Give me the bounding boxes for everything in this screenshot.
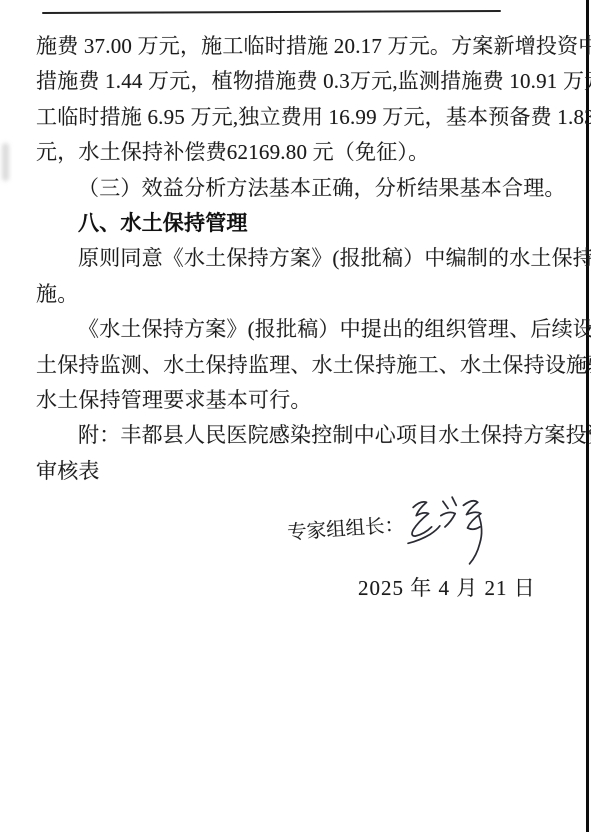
doc-line: （三）效益分析方法基本正确，分析结果基本合理。 [36,171,514,206]
doc-line: 审核表 [36,454,514,489]
doc-line: 元，水土保持补偿费62169.80 元（免征）。 [36,135,514,170]
header-rule [42,10,501,14]
section-heading: 八、水土保持管理 [36,206,514,241]
scan-artifact [2,143,9,181]
doc-line: 土保持监测、水土保持监理、水土保持施工、水土保持设施验收等 [36,348,514,383]
doc-line: 水土保持管理要求基本可行。 [36,383,514,418]
doc-line: 措施费 1.44 万元，植物措施费 0.3万元,监测措施费 10.91 万元，施 [36,64,514,99]
document-body: 施费 37.00 万元，施工临时措施 20.17 万元。方案新增投资中，工程 措… [36,29,514,489]
scanned-document-page: 施费 37.00 万元，施工临时措施 20.17 万元。方案新增投资中，工程 措… [0,0,591,832]
document-date: 2025 年 4 月 21 日 [358,576,536,600]
doc-line: 施。 [36,277,514,312]
doc-line: 《水土保持方案》(报批稿）中提出的组织管理、后续设计、水 [36,312,514,347]
doc-line: 原则同意《水土保持方案》(报批稿）中编制的水土保持管理措 [36,241,514,276]
signature-label: 专家组组长： [286,509,405,545]
handwritten-signature-icon [406,494,488,568]
doc-line: 施费 37.00 万元，施工临时措施 20.17 万元。方案新增投资中，工程 [36,29,514,64]
doc-line: 附：丰都县人民医院感染控制中心项目水土保持方案投资估算 [36,418,514,453]
doc-line: 工临时措施 6.95 万元,独立费用 16.99 万元，基本预备费 1.83 万 [36,100,514,135]
signature-block: 专家组组长： [287,494,488,568]
